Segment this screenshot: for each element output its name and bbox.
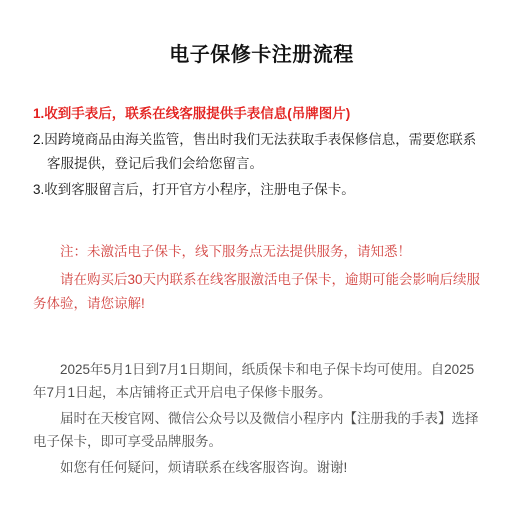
footer-paragraph-contact-support: 如您有任何疑问，烦请联系在线客服咨询。谢谢!: [33, 456, 490, 479]
page-title: 电子保修卡注册流程: [33, 45, 490, 65]
footer-paragraph-registration-channels: 届时在天梭官网、微信公众号以及微信小程序内【注册我的手表】选择 电子保卡，即可享…: [33, 407, 490, 453]
footer-info: 2025年5月1日到7月1日期间，纸质保卡和电子保卡均可使用。自2025 年7月…: [33, 358, 490, 479]
footer-paragraph-transition-period: 2025年5月1日到7月1日期间，纸质保卡和电子保卡均可使用。自2025 年7月…: [33, 358, 490, 404]
note-30-day-deadline: 请在购买后30天内联系在线客服激活电子保卡，逾期可能会影响后续服 务体验，请您谅…: [33, 268, 490, 316]
warning-notes: 注：未激活电子保卡，线下服务点无法提供服务，请知悉！ 请在购买后30天内联系在线…: [33, 240, 490, 316]
note-activation-required: 注：未激活电子保卡，线下服务点无法提供服务，请知悉！: [33, 240, 490, 264]
registration-steps: 1.收到手表后，联系在线客服提供手表信息(吊牌图片) 2.因跨境商品由海关监管，…: [33, 102, 490, 202]
step-2-customs-explanation: 2.因跨境商品由海关监管，售出时我们无法获取手表保修信息，需要您联系 客服提供，…: [33, 128, 490, 176]
step-3-register-mini-program: 3.收到客服留言后，打开官方小程序，注册电子保卡。: [33, 178, 490, 202]
step-1-contact-service: 1.收到手表后，联系在线客服提供手表信息(吊牌图片): [33, 102, 490, 126]
warranty-card-notice: 电子保修卡注册流程 1.收到手表后，联系在线客服提供手表信息(吊牌图片) 2.因…: [0, 0, 520, 520]
